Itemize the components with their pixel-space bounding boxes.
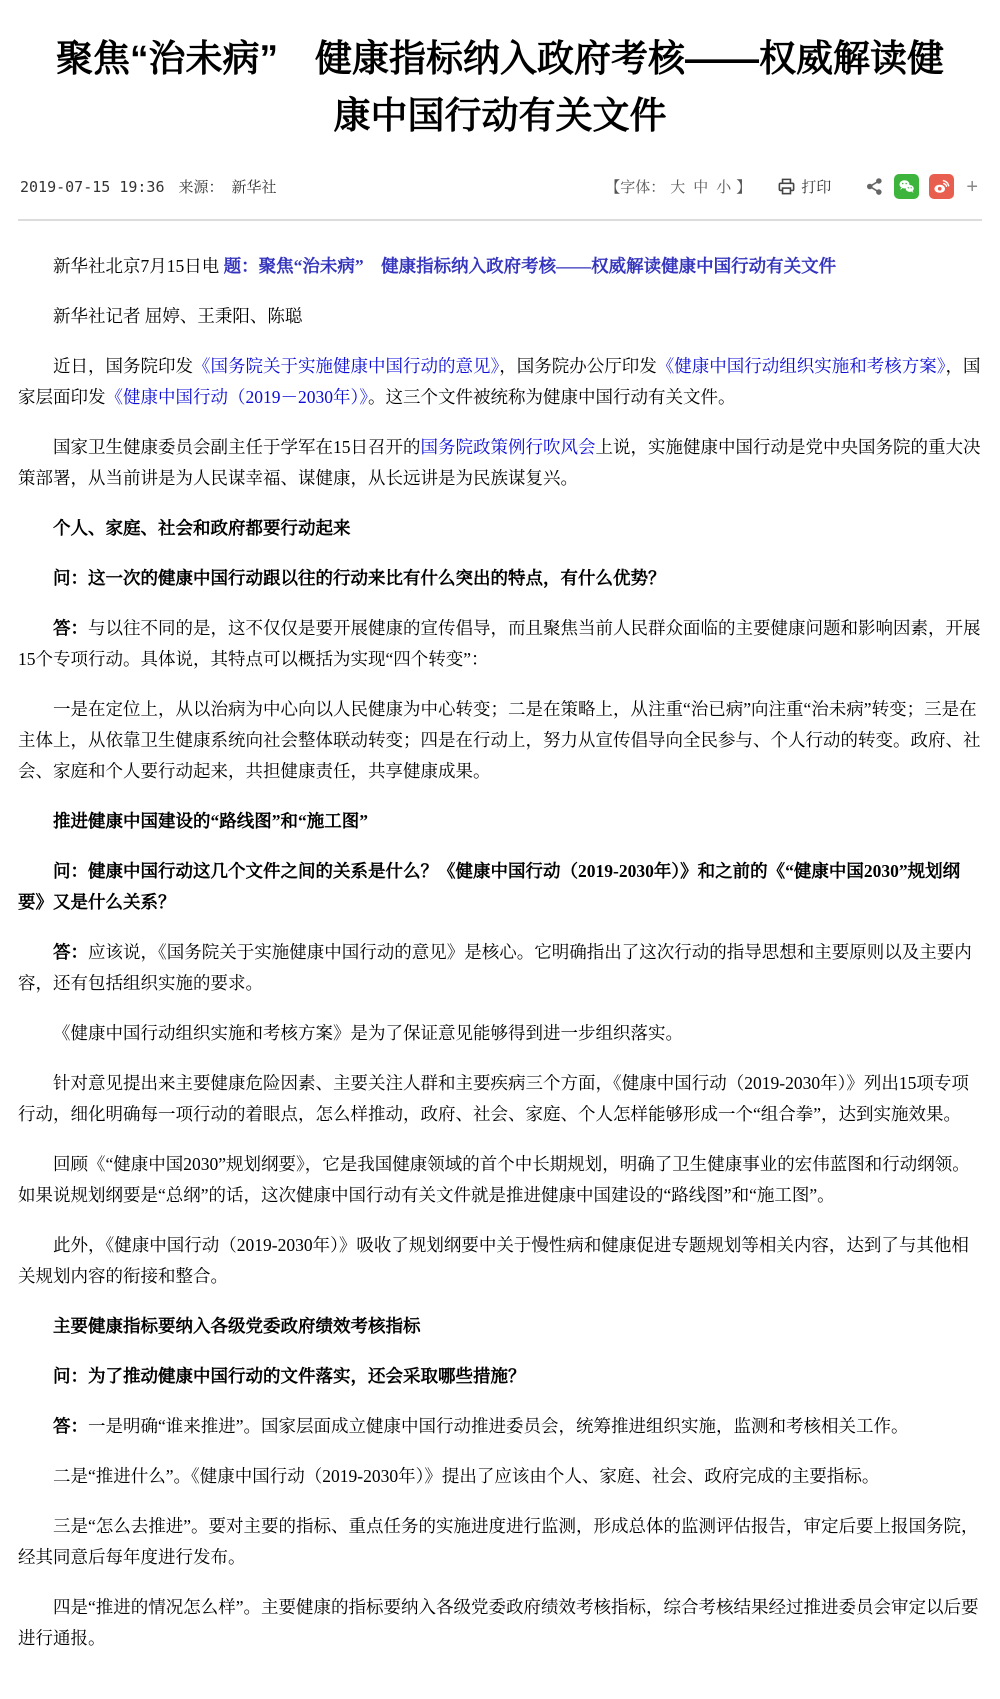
article-paragraph: 此外，《健康中国行动（2019-2030年）》吸收了规划纲要中关于慢性病和健康促… [18, 1230, 982, 1292]
text-segment: 答： [53, 1416, 88, 1436]
weibo-share-button[interactable] [929, 174, 954, 199]
text-segment: 二是“推进什么”。《健康中国行动（2019-2030年）》提出了应该由个人、家庭… [53, 1466, 879, 1486]
text-segment: 一是明确“谁来推进”。国家层面成立健康中国行动推进委员会，统筹推进组织实施，监测… [88, 1416, 909, 1436]
article-paragraph: 答：与以往不同的是，这不仅仅是要开展健康的宣传倡导，而且聚焦当前人民群众面临的主… [18, 613, 982, 675]
text-segment: 与以往不同的是，这不仅仅是要开展健康的宣传倡导，而且聚焦当前人民群众面临的主要健… [18, 618, 981, 669]
article-paragraph: 一是在定位上，从以治病为中心向以人民健康为中心转变；二是在策略上，从注重“治已病… [18, 694, 982, 787]
more-share-button[interactable]: + [964, 177, 980, 197]
article-page: 聚焦“治未病” 健康指标纳入政府考核——权威解读健康中国行动有关文件 2019-… [0, 0, 1000, 1699]
article-paragraph: 二是“推进什么”。《健康中国行动（2019-2030年）》提出了应该由个人、家庭… [18, 1461, 982, 1492]
text-segment: 答： [53, 618, 88, 638]
text-segment: 一是在定位上，从以治病为中心向以人民健康为中心转变；二是在策略上，从注重“治已病… [18, 699, 981, 781]
article-paragraph: 答：一是明确“谁来推进”。国家层面成立健康中国行动推进委员会，统筹推进组织实施，… [18, 1411, 982, 1442]
print-label: 打印 [801, 176, 831, 197]
article-link[interactable]: 《健康中国行动组织实施和考核方案》 [657, 356, 946, 376]
text-segment: 回顾《“健康中国2030”规划纲要》，它是我国健康领域的首个中长期规划，明确了卫… [18, 1154, 970, 1205]
font-size-small-button[interactable]: 小 [713, 176, 734, 197]
source-label: 来源： [179, 176, 224, 197]
share-group: + [865, 174, 980, 199]
text-segment: 新华社北京7月15日电 [53, 256, 224, 276]
article-paragraph: 新华社北京7月15日电 题：聚焦“治未病” 健康指标纳入政府考核——权威解读健康… [18, 251, 982, 282]
print-button[interactable]: 打印 [777, 176, 831, 197]
text-segment: 应该说，《国务院关于实施健康中国行动的意见》是核心。它明确指出了这次行动的指导思… [18, 942, 972, 993]
article-paragraph: 三是“怎么去推进”。要对主要的指标、重点任务的实施进度进行监测，形成总体的监测评… [18, 1511, 982, 1573]
text-segment: 三是“怎么去推进”。要对主要的指标、重点任务的实施进度进行监测，形成总体的监测评… [18, 1516, 979, 1567]
font-size-control: 【字体： 大 中 小 】 [605, 176, 751, 197]
weibo-icon [931, 176, 952, 197]
font-size-label-close: 】 [736, 176, 751, 197]
question-paragraph: 问：这一次的健康中国行动跟以往的行动来比有什么突出的特点，有什么优势？ [18, 563, 982, 594]
meta-info: 2019-07-15 19:36 来源： 新华社 [20, 176, 277, 197]
question-paragraph: 问：为了推动健康中国行动的文件落实，还会采取哪些措施？ [18, 1361, 982, 1392]
text-segment: 四是“推进的情况怎么样”。主要健康的指标要纳入各级党委政府绩效考核指标，综合考核… [18, 1597, 979, 1648]
text-segment: 问：为了推动健康中国行动的文件落实，还会采取哪些措施？ [53, 1366, 526, 1386]
text-segment: 近日，国务院印发 [53, 356, 193, 376]
article-paragraph: 针对意见提出来主要健康危险因素、主要关注人群和主要疾病三个方面，《健康中国行动（… [18, 1068, 982, 1130]
printer-icon [777, 177, 796, 196]
article-link[interactable]: 《国务院关于实施健康中国行动的意见》 [193, 356, 499, 376]
font-size-medium-button[interactable]: 中 [690, 176, 711, 197]
text-segment: 问：这一次的健康中国行动跟以往的行动来比有什么突出的特点，有什么优势？ [53, 568, 666, 588]
share-button[interactable] [865, 177, 884, 196]
text-segment: 《健康中国行动组织实施和考核方案》是为了保证意见能够得到进一步组织落实。 [53, 1023, 683, 1043]
article-body: 新华社北京7月15日电 题：聚焦“治未病” 健康指标纳入政府考核——权威解读健康… [18, 251, 982, 1654]
article-paragraph: 国家卫生健康委员会副主任于学军在15日召开的国务院政策例行吹风会上说，实施健康中… [18, 432, 982, 494]
text-segment: 推进健康中国建设的“路线图”和“施工图” [53, 811, 368, 831]
header-divider [18, 219, 982, 221]
text-segment: 问：健康中国行动这几个文件之间的关系是什么？《健康中国行动（2019-2030年… [18, 861, 960, 912]
source-wrap: 来源： 新华社 [179, 176, 277, 197]
article-paragraph: 近日，国务院印发《国务院关于实施健康中国行动的意见》，国务院办公厅印发《健康中国… [18, 351, 982, 413]
text-segment: 答： [53, 942, 88, 962]
page-title: 聚焦“治未病” 健康指标纳入政府考核——权威解读健康中国行动有关文件 [18, 0, 982, 144]
wechat-share-button[interactable] [894, 174, 919, 199]
text-segment: 个人、家庭、社会和政府都要行动起来 [53, 518, 351, 538]
article-paragraph: 《健康中国行动组织实施和考核方案》是为了保证意见能够得到进一步组织落实。 [18, 1018, 982, 1049]
article-link[interactable]: 国务院政策例行吹风会 [421, 437, 596, 457]
section-heading: 推进健康中国建设的“路线图”和“施工图” [18, 806, 982, 837]
toolbar-actions: 【字体： 大 中 小 】 打印 [605, 174, 980, 199]
meta-toolbar: 2019-07-15 19:36 来源： 新华社 【字体： 大 中 小 】 [18, 174, 982, 199]
text-segment: ，国务院办公厅印发 [499, 356, 657, 376]
text-segment: 国家卫生健康委员会副主任于学军在15日召开的 [53, 437, 421, 457]
section-heading: 主要健康指标要纳入各级党委政府绩效考核指标 [18, 1311, 982, 1342]
article-paragraph: 四是“推进的情况怎么样”。主要健康的指标要纳入各级党委政府绩效考核指标，综合考核… [18, 1592, 982, 1654]
text-segment: 针对意见提出来主要健康危险因素、主要关注人群和主要疾病三个方面，《健康中国行动（… [18, 1073, 969, 1124]
text-segment: 主要健康指标要纳入各级党委政府绩效考核指标 [53, 1316, 421, 1336]
question-paragraph: 问：健康中国行动这几个文件之间的关系是什么？《健康中国行动（2019-2030年… [18, 856, 982, 918]
article-paragraph: 回顾《“健康中国2030”规划纲要》，它是我国健康领域的首个中长期规划，明确了卫… [18, 1149, 982, 1211]
publish-datetime: 2019-07-15 19:36 [20, 178, 165, 196]
article-link[interactable]: 《健康中国行动（2019－2030年）》 [106, 387, 369, 407]
article-paragraph: 新华社记者 屈婷、王秉阳、陈聪 [18, 301, 982, 332]
text-segment: 此外，《健康中国行动（2019-2030年）》吸收了规划纲要中关于慢性病和健康促… [18, 1235, 969, 1286]
font-size-label-open: 【字体： [605, 176, 665, 197]
source-name: 新华社 [232, 176, 277, 197]
share-nodes-icon [865, 177, 884, 196]
article-topic-title: 题：聚焦“治未病” 健康指标纳入政府考核——权威解读健康中国行动有关文件 [224, 256, 837, 276]
font-size-large-button[interactable]: 大 [667, 176, 688, 197]
article-paragraph: 答：应该说，《国务院关于实施健康中国行动的意见》是核心。它明确指出了这次行动的指… [18, 937, 982, 999]
text-segment: 新华社记者 屈婷、王秉阳、陈聪 [53, 306, 302, 326]
text-segment: 。这三个文件被统称为健康中国行动有关文件。 [368, 387, 736, 407]
section-heading: 个人、家庭、社会和政府都要行动起来 [18, 513, 982, 544]
wechat-icon [896, 176, 917, 197]
